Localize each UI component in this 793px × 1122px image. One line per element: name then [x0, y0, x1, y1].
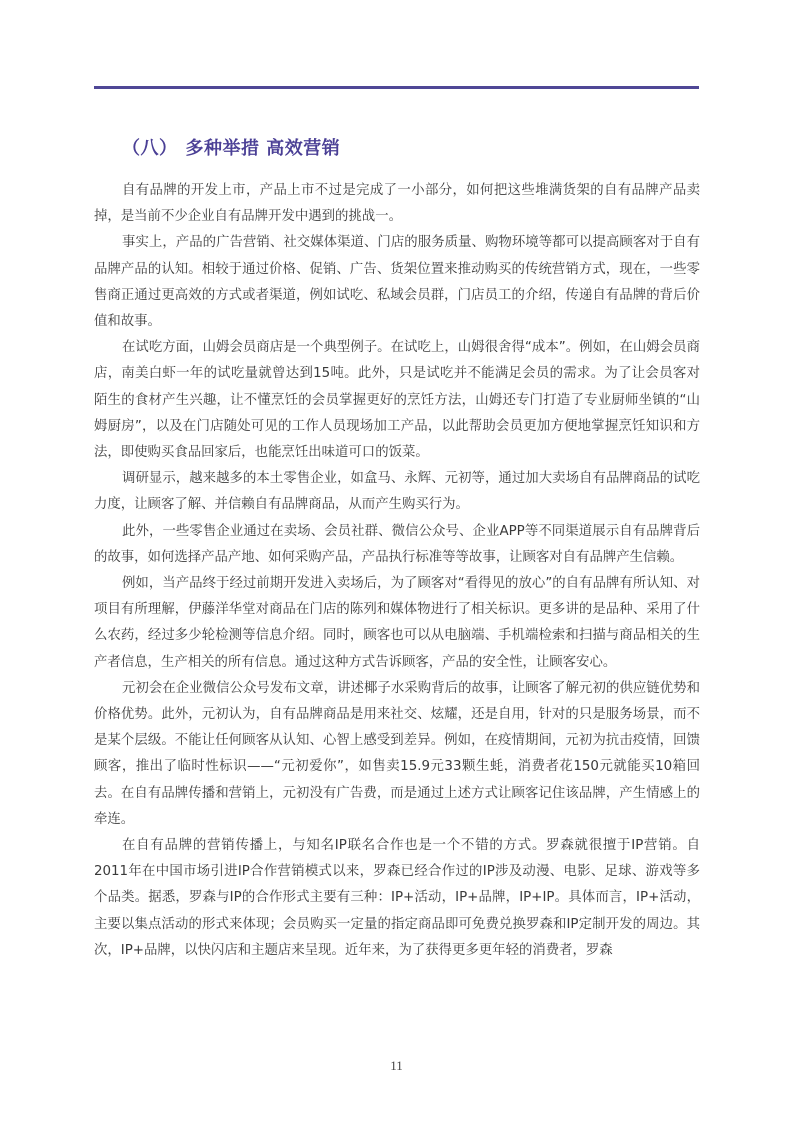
section-number: （八） [122, 138, 178, 159]
header-rule [94, 86, 699, 89]
page-number: 11 [0, 1058, 793, 1074]
section-title: 多种举措 高效营销 [186, 138, 341, 159]
paragraph: 调研显示，越来越多的本土零售企业，如盒马、永辉、元初等，通过加大卖场自有品牌商品… [94, 466, 700, 518]
document-page: （八）多种举措 高效营销 自有品牌的开发上市，产品上市不过是完成了一小部分，如何… [0, 0, 793, 1122]
paragraph: 元初会在企业微信公众号发布文章，讲述椰子水采购背后的故事，让顾客了解元初的供应链… [94, 676, 700, 833]
body-text: 自有品牌的开发上市，产品上市不过是完成了一小部分，如何把这些堆满货架的自有品牌产… [94, 178, 700, 964]
paragraph: 此外，一些零售企业通过在卖场、会员社群、微信公众号、企业APP等不同渠道展示自有… [94, 519, 700, 571]
paragraph: 在试吃方面，山姆会员商店是一个典型例子。在试吃上，山姆很舍得“成本”。例如，在山… [94, 335, 700, 466]
paragraph: 在自有品牌的营销传播上，与知名IP联名合作也是一个不错的方式。罗森就很擅于IP营… [94, 833, 700, 964]
paragraph: 例如，当产品终于经过前期开发进入卖场后，为了顾客对“看得见的放心”的自有品牌有所… [94, 571, 700, 676]
paragraph: 自有品牌的开发上市，产品上市不过是完成了一小部分，如何把这些堆满货架的自有品牌产… [94, 178, 700, 230]
section-heading: （八）多种举措 高效营销 [122, 134, 340, 160]
paragraph: 事实上，产品的广告营销、社交媒体渠道、门店的服务质量、购物环境等都可以提高顾客对… [94, 230, 700, 335]
